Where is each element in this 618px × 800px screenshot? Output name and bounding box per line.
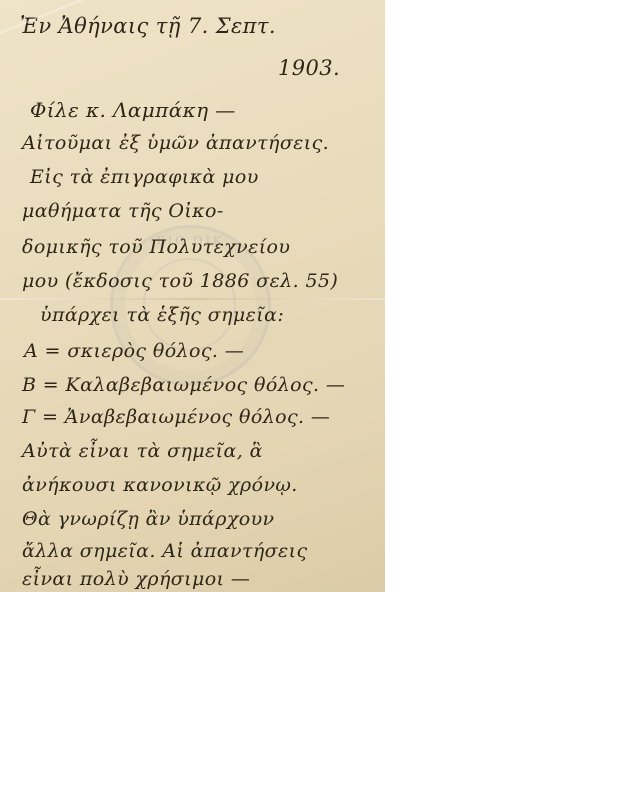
letter-line: Εἰς τὰ ἐπιγραφικὰ μου [30, 166, 259, 188]
letter-line: Γ = Ἀναβεβαιωμένος θόλος. — [22, 406, 330, 428]
letter-line: δομικῆς τοῦ Πολυτεχνείου [22, 236, 290, 258]
letter-line: ἄλλα σημεῖα. Αἱ ἀπαντήσεις [22, 540, 308, 562]
letter-line: μου (ἔκδοσις τοῦ 1886 σελ. 55) [22, 270, 338, 292]
letter-line: μαθήματα τῆς Οἰκο- [22, 200, 224, 222]
letter-line: Αἰτοῦμαι ἐξ ὑμῶν ἀπαντήσεις. [22, 132, 329, 154]
letter-page: ΕΙΟ ΟΙΚ Ἐν Ἀθήναις τῇ 7. Σεπτ. 1903. Φίλ… [0, 0, 385, 592]
letter-line: εἶναι πολὺ χρήσιμοι — [22, 568, 250, 590]
letter-line: ὑπάρχει τὰ ἑξῆς σημεῖα: [40, 304, 284, 326]
letter-line: ἀνήκουσι κανονικῷ χρόνῳ. [22, 474, 298, 496]
letter-place-date: Ἐν Ἀθήναις τῇ 7. Σεπτ. [20, 14, 276, 38]
letter-year: 1903. [278, 56, 340, 80]
document-viewer: ΕΙΟ ΟΙΚ Ἐν Ἀθήναις τῇ 7. Σεπτ. 1903. Φίλ… [0, 0, 618, 800]
letter-line: Φίλε κ. Λαμπάκη — [30, 98, 236, 122]
letter-line: Θὰ γνωρίζῃ ἂν ὑπάρχουν [22, 508, 275, 530]
letter-line: Β = Καλαβεβαιωμένος θόλος. — [22, 374, 345, 396]
letter-line: Αὐτὰ εἶναι τὰ σημεῖα, ἃ [22, 440, 263, 462]
letter-line: Α = σκιερὸς θόλος. — [24, 340, 244, 362]
